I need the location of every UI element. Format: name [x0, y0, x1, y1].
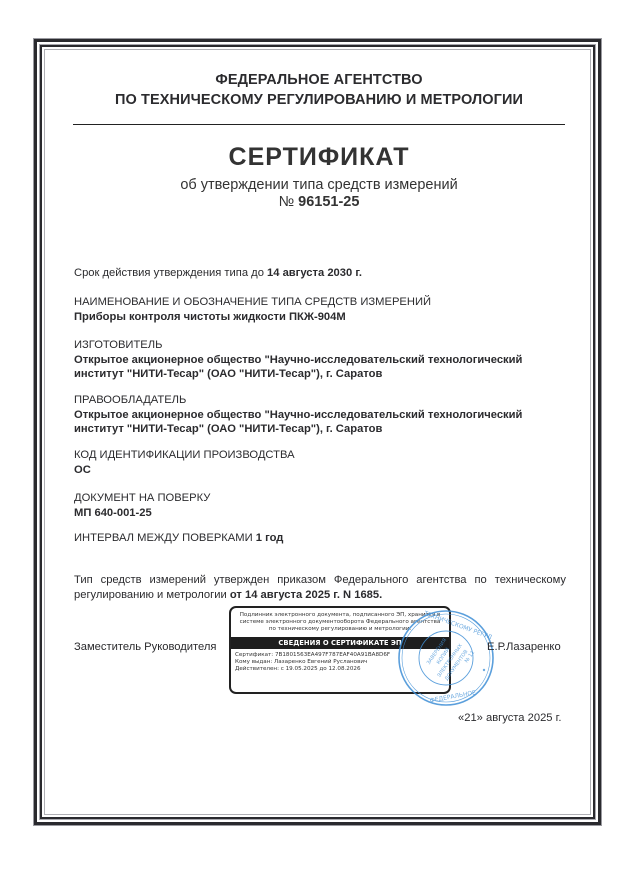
valid-value: с 19.05.2025 до 12.08.2026 [281, 666, 361, 672]
e-signature-note: Подлинник электронного документа, подпис… [231, 612, 449, 634]
section-production-code: КОД ИДЕНТИФИКАЦИИ ПРОИЗВОДСТВА ОС [74, 448, 566, 477]
e-signature-details: Сертификат: 7B1801563EA497F787EAF40A91BA… [231, 649, 449, 674]
section-label: ПРАВООБЛАДАТЕЛЬ [74, 393, 566, 408]
number-value: 96151-25 [298, 194, 359, 210]
signature-date: «21» августа 2025 г. [458, 712, 561, 724]
e-signature-block: Подлинник электронного документа, подпис… [229, 606, 451, 694]
agency-header: ФЕДЕРАЛЬНОЕ АГЕНТСТВО ПО ТЕХНИЧЕСКОМУ РЕ… [0, 70, 638, 110]
e-signature-certificate: Сертификат: 7B1801563EA497F787EAF40A91BA… [235, 652, 445, 659]
interval-value: 1 год [256, 532, 284, 544]
valid-label: Действителен: [235, 666, 279, 672]
section-verification-document: ДОКУМЕНТ НА ПОВЕРКУ МП 640-001-25 [74, 491, 566, 520]
agency-name-line1: ФЕДЕРАЛЬНОЕ АГЕНТСТВО [0, 70, 638, 90]
signatory-name: Е.Р.Лазаренко [487, 641, 561, 653]
agency-name-line2: ПО ТЕХНИЧЕСКОМУ РЕГУЛИРОВАНИЮ И МЕТРОЛОГ… [0, 90, 638, 110]
section-value: ОС [74, 463, 566, 478]
certificate-subtitle: об утверждении типа средств измерений [0, 177, 638, 193]
interval-label: ИНТЕРВАЛ МЕЖДУ ПОВЕРКАМИ [74, 532, 253, 544]
validity-line: Срок действия утверждения типа до 14 авг… [74, 266, 566, 281]
section-label: КОД ИДЕНТИФИКАЦИИ ПРОИЗВОДСТВА [74, 448, 566, 463]
section-label: НАИМЕНОВАНИЕ И ОБОЗНАЧЕНИЕ ТИПА СРЕДСТВ … [74, 295, 566, 310]
order-reference: от 14 августа 2025 г. N 1685. [230, 589, 382, 601]
verification-interval: ИНТЕРВАЛ МЕЖДУ ПОВЕРКАМИ 1 год [74, 531, 566, 546]
section-instrument-type: НАИМЕНОВАНИЕ И ОБОЗНАЧЕНИЕ ТИПА СРЕДСТВ … [74, 295, 566, 324]
section-value: Открытое акционерное общество "Научно-ис… [74, 408, 566, 437]
issued-to-value: Лазаренко Евгений Русланович [274, 659, 367, 665]
approval-order: Тип средств измерений утвержден приказом… [74, 573, 566, 602]
certificate-value: 7B1801563EA497F787EAF40A91BA8D6F [275, 652, 390, 658]
certificate-title: СЕРТИФИКАТ [0, 143, 638, 172]
e-signature-validity: Действителен: с 19.05.2025 до 12.08.2026 [235, 666, 445, 673]
section-manufacturer: ИЗГОТОВИТЕЛЬ Открытое акционерное общест… [74, 338, 566, 382]
section-label: ИЗГОТОВИТЕЛЬ [74, 338, 566, 353]
certificate-number: № 96151-25 [0, 194, 638, 210]
validity-value: 14 августа 2030 г. [267, 267, 362, 279]
signatory-role: Заместитель Руководителя [74, 641, 216, 653]
section-value: Приборы контроля чистоты жидкости ПКЖ-90… [74, 310, 566, 325]
section-value: Открытое акционерное общество "Научно-ис… [74, 353, 566, 382]
section-label: ДОКУМЕНТ НА ПОВЕРКУ [74, 491, 566, 506]
header-divider [73, 124, 565, 125]
section-rights-holder: ПРАВООБЛАДАТЕЛЬ Открытое акционерное общ… [74, 393, 566, 437]
issued-to-label: Кому выдан: [235, 659, 272, 665]
certificate-label: Сертификат: [235, 652, 273, 658]
e-signature-banner: СВЕДЕНИЯ О СЕРТИФИКАТЕ ЭП [231, 637, 449, 649]
section-value: МП 640-001-25 [74, 506, 566, 521]
number-prefix: № [279, 194, 295, 210]
validity-label: Срок действия утверждения типа до [74, 267, 264, 279]
